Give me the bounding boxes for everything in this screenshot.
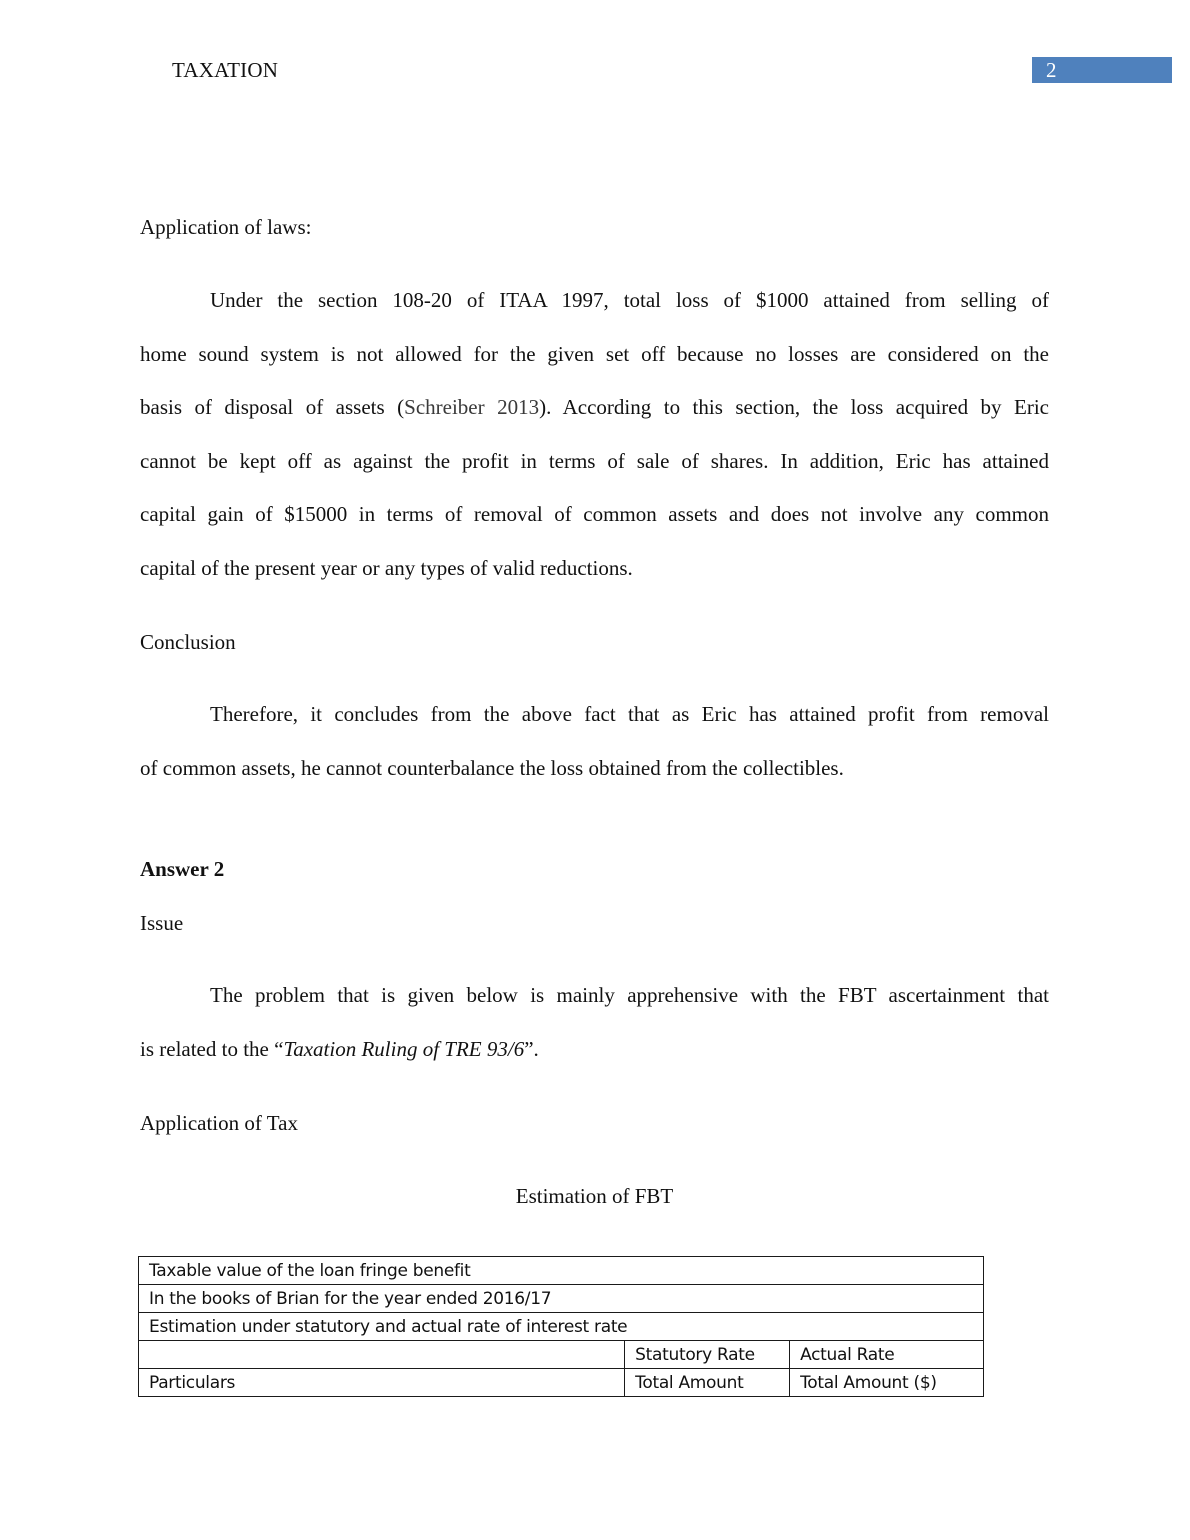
heading-application-of-laws: Application of laws: (140, 213, 311, 241)
table-header-cell: Total Amount (625, 1369, 790, 1397)
table-cell: Actual Rate (790, 1341, 984, 1369)
heading-answer-2: Answer 2 (140, 855, 224, 883)
table-title-cell: Estimation under statutory and actual ra… (139, 1313, 984, 1341)
ruling-reference: Taxation Ruling of TRE 93/6 (283, 1037, 524, 1061)
heading-issue: Issue (140, 909, 183, 937)
paragraph-line: cannot be kept off as against the profit… (140, 435, 1049, 489)
table-cell (139, 1341, 625, 1369)
table-row: Estimation under statutory and actual ra… (139, 1313, 984, 1341)
table-title-cell: In the books of Brian for the year ended… (139, 1285, 984, 1313)
text-fragment: ”. (524, 1037, 539, 1061)
text-fragment: ). According to this section, the loss a… (539, 395, 1049, 419)
table-row: Taxable value of the loan fringe benefit (139, 1257, 984, 1285)
table-caption: Estimation of FBT (140, 1182, 1049, 1210)
paragraph-line: capital gain of $15000 in terms of remov… (140, 488, 1049, 542)
fbt-estimation-table: Taxable value of the loan fringe benefit… (138, 1256, 984, 1397)
table-header-cell: Particulars (139, 1369, 625, 1397)
paragraph-application-of-laws: Under the section 108-20 of ITAA 1997, t… (140, 274, 1049, 596)
table-row: Statutory Rate Actual Rate (139, 1341, 984, 1369)
table-row: Particulars Total Amount Total Amount ($… (139, 1369, 984, 1397)
table-cell: Statutory Rate (625, 1341, 790, 1369)
paragraph-line: Therefore, it concludes from the above f… (140, 688, 1049, 742)
paragraph-conclusion: Therefore, it concludes from the above f… (140, 688, 1049, 795)
running-head: TAXATION (172, 58, 278, 83)
heading-application-of-tax: Application of Tax (140, 1109, 298, 1137)
paragraph-line: capital of the present year or any types… (140, 542, 1049, 596)
text-fragment: is related to the “ (140, 1037, 283, 1061)
paragraph-line: home sound system is not allowed for the… (140, 328, 1049, 382)
text-fragment: basis of disposal of assets ( (140, 395, 404, 419)
paragraph-line: of common assets, he cannot counterbalan… (140, 742, 1049, 796)
table-header-cell: Total Amount ($) (790, 1369, 984, 1397)
paragraph-line: is related to the “Taxation Ruling of TR… (140, 1023, 1049, 1077)
table-title-cell: Taxable value of the loan fringe benefit (139, 1257, 984, 1285)
heading-conclusion: Conclusion (140, 628, 236, 656)
paragraph-issue: The problem that is given below is mainl… (140, 969, 1049, 1076)
citation-link[interactable]: Schreiber 2013 (404, 395, 539, 419)
paragraph-line: basis of disposal of assets (Schreiber 2… (140, 381, 1049, 435)
paragraph-line: The problem that is given below is mainl… (140, 969, 1049, 1023)
table-row: In the books of Brian for the year ended… (139, 1285, 984, 1313)
page-number: 2 (1032, 57, 1172, 83)
paragraph-line: Under the section 108-20 of ITAA 1997, t… (140, 274, 1049, 328)
